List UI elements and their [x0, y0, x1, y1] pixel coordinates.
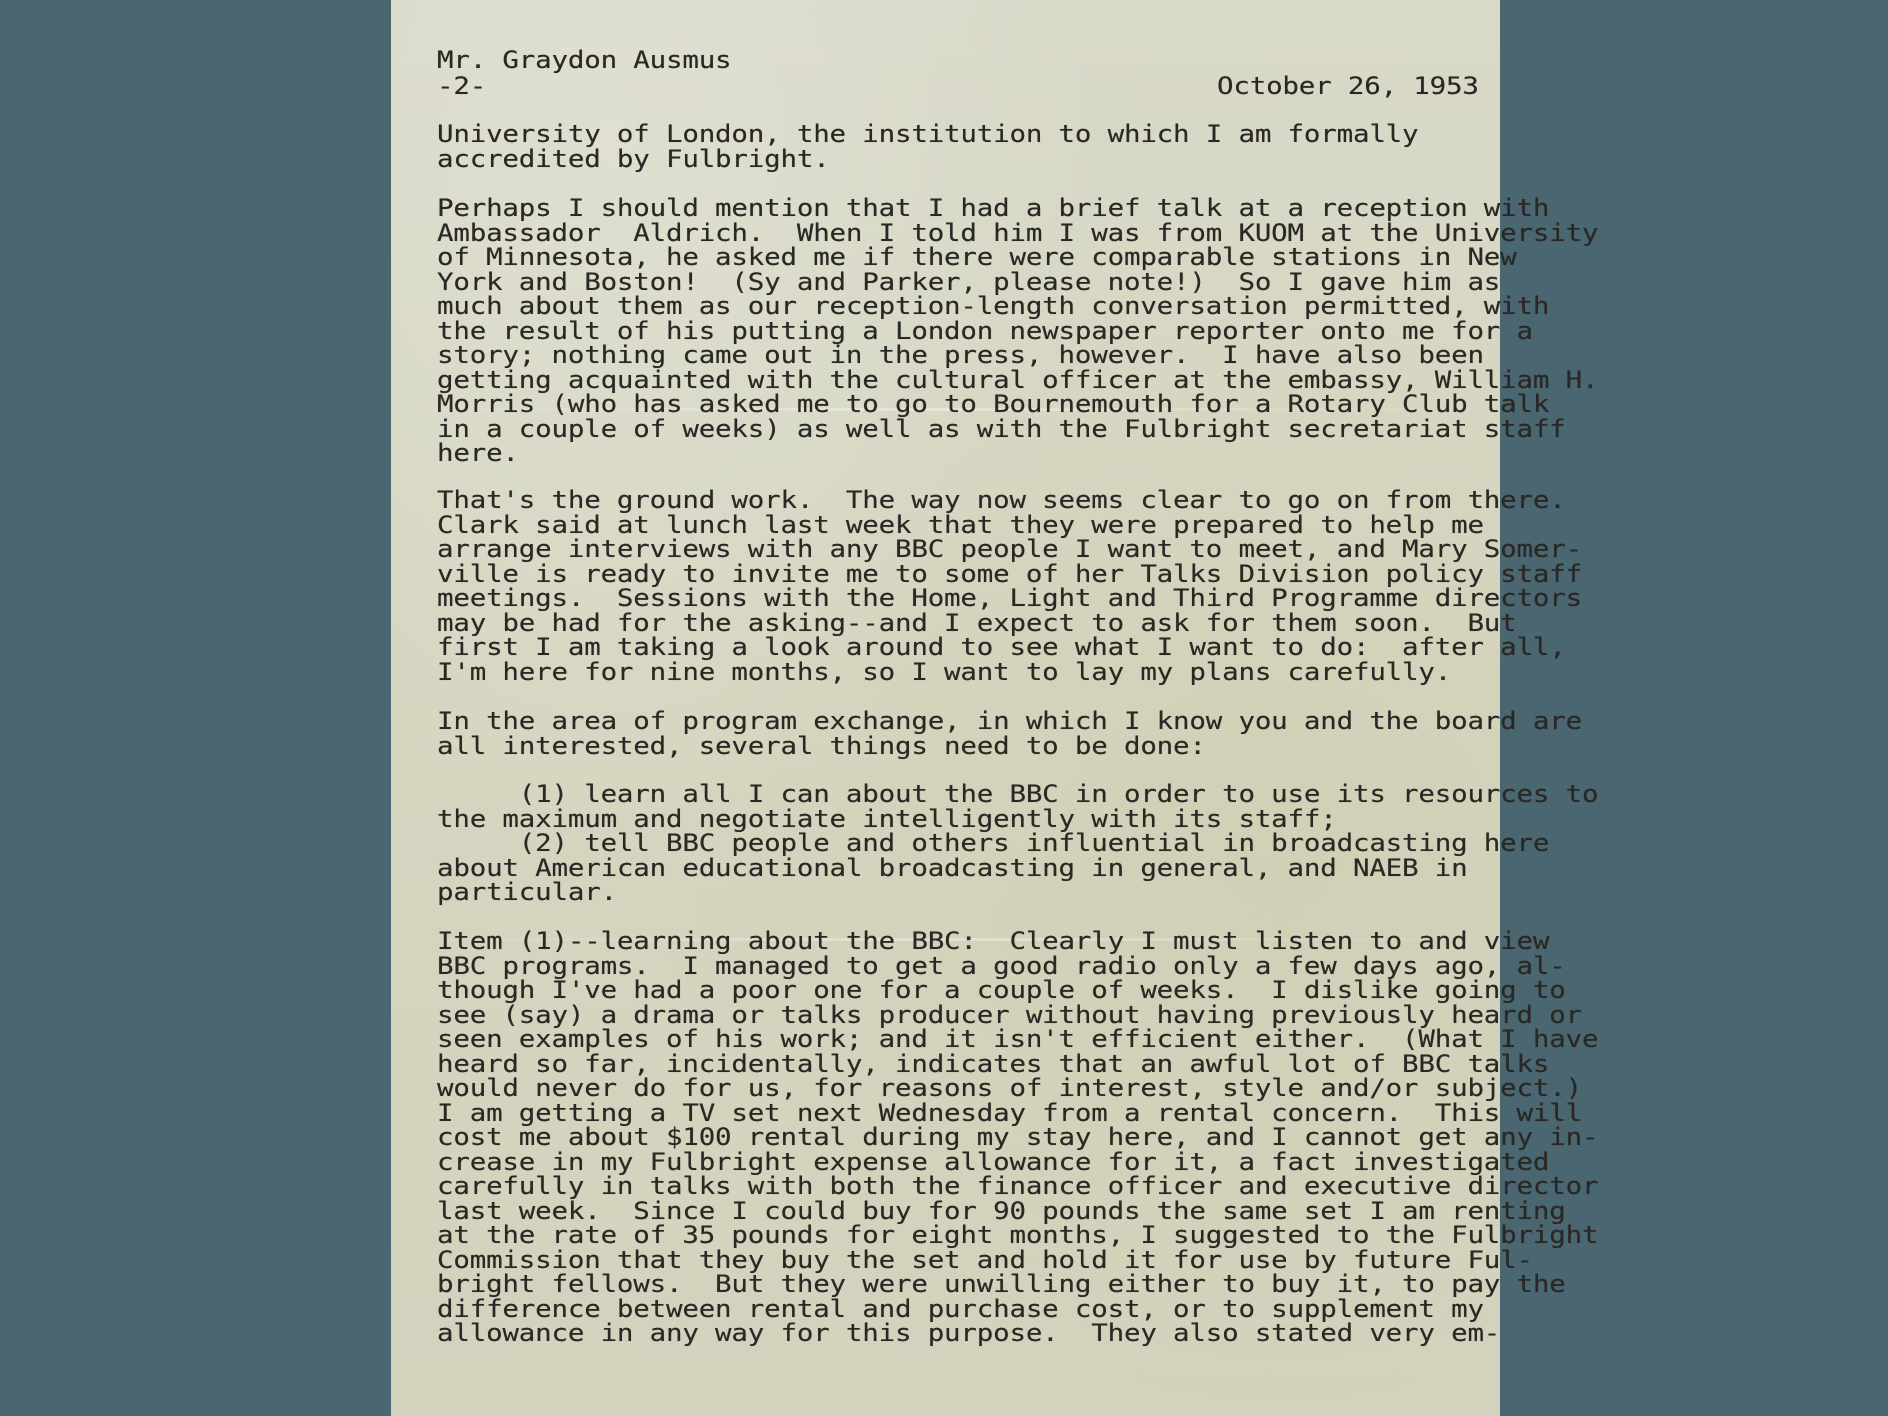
text-line: would never do for us, for reasons of in…	[437, 1078, 1598, 1099]
text-line: last week. Since I could buy for 90 poun…	[437, 1201, 1598, 1222]
paragraph-item-1: Item (1)--learning about the BBC: Clearl…	[437, 931, 1598, 1348]
text-line: BBC programs. I managed to get a good ra…	[437, 956, 1598, 977]
text-line: Morris (who has asked me to go to Bourne…	[437, 394, 1598, 415]
text-line: about American educational broadcasting …	[437, 858, 1598, 879]
text-line: I am getting a TV set next Wednesday fro…	[437, 1103, 1598, 1124]
text-line: allowance in any way for this purpose. T…	[437, 1323, 1598, 1344]
text-line: I'm here for nine months, so I want to l…	[437, 662, 1582, 683]
text-line: first I am taking a look around to see w…	[437, 637, 1582, 658]
text-line: Commission that they buy the set and hol…	[437, 1250, 1598, 1271]
text-line: see (say) a drama or talks producer with…	[437, 1005, 1598, 1026]
text-line: Clark said at lunch last week that they …	[437, 515, 1582, 536]
text-line: all interested, several things need to b…	[437, 736, 1582, 757]
text-line: seen examples of his work; and it isn't …	[437, 1029, 1598, 1050]
text-line: the maximum and negotiate intelligently …	[437, 809, 1598, 830]
letter-date: October 26, 1953	[1217, 76, 1479, 97]
paragraph-2: Perhaps I should mention that I had a br…	[437, 198, 1598, 468]
text-line: Item (1)--learning about the BBC: Clearl…	[437, 931, 1598, 952]
text-line: much about them as our reception-length …	[437, 296, 1598, 317]
page-number: -2-	[437, 76, 486, 97]
text-line: may be had for the asking--and I expect …	[437, 613, 1582, 634]
text-line: Perhaps I should mention that I had a br…	[437, 198, 1598, 219]
text-line: at the rate of 35 pounds for eight month…	[437, 1225, 1598, 1246]
text-line: arrange interviews with any BBC people I…	[437, 539, 1582, 560]
text-line: difference between rental and purchase c…	[437, 1299, 1598, 1320]
paragraph-4: In the area of program exchange, in whic…	[437, 711, 1582, 760]
text-line: Ambassador Aldrich. When I told him I wa…	[437, 223, 1598, 244]
text-line: of Minnesota, he asked me if there were …	[437, 247, 1598, 268]
text-line: here.	[437, 443, 1598, 464]
text-line: in a couple of weeks) as well as with th…	[437, 419, 1598, 440]
text-line: meetings. Sessions with the Home, Light …	[437, 588, 1582, 609]
paragraph-3: That's the ground work. The way now seem…	[437, 490, 1582, 686]
text-line: cost me about $100 rental during my stay…	[437, 1127, 1598, 1148]
letter-page: Mr. Graydon Ausmus -2- October 26, 1953 …	[391, 0, 1500, 1416]
text-line: That's the ground work. The way now seem…	[437, 490, 1582, 511]
text-line: particular.	[437, 882, 1598, 903]
text-line: though I've had a poor one for a couple …	[437, 980, 1598, 1001]
text-line: (1) learn all I can about the BBC in ord…	[437, 784, 1598, 805]
text-line: crease in my Fulbright expense allowance…	[437, 1152, 1598, 1173]
text-line: York and Boston! (Sy and Parker, please …	[437, 272, 1598, 293]
paragraph-1: University of London, the institution to…	[437, 124, 1418, 173]
text-line: carefully in talks with both the finance…	[437, 1176, 1598, 1197]
text-line: University of London, the institution to…	[437, 124, 1418, 145]
text-line: (2) tell BBC people and others influenti…	[437, 833, 1598, 854]
text-line: In the area of program exchange, in whic…	[437, 711, 1582, 732]
text-line: getting acquainted with the cultural off…	[437, 370, 1598, 391]
text-line: bright fellows. But they were unwilling …	[437, 1274, 1598, 1295]
addressee: Mr. Graydon Ausmus	[437, 50, 731, 71]
text-line: accredited by Fulbright.	[437, 149, 1418, 170]
text-line: ville is ready to invite me to some of h…	[437, 564, 1582, 585]
text-line: heard so far, incidentally, indicates th…	[437, 1054, 1598, 1075]
text-line: the result of his putting a London newsp…	[437, 321, 1598, 342]
text-line: story; nothing came out in the press, ho…	[437, 345, 1598, 366]
numbered-items: (1) learn all I can about the BBC in ord…	[437, 784, 1598, 907]
